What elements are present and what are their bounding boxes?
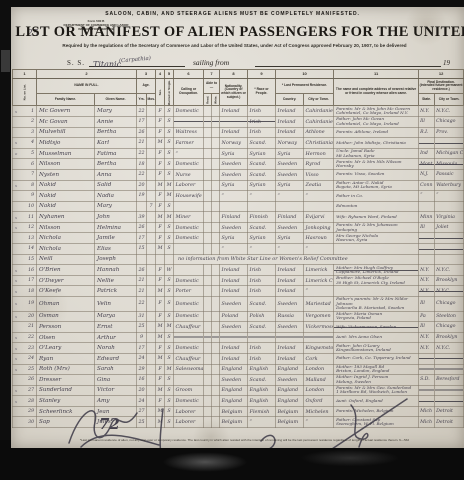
cell-relative: Father: John Mc Govan Cahirdaniel, Co Ma… [334,116,419,127]
cell-mos [147,353,156,364]
cell-dcity: Chicago [435,322,464,333]
cell-ms: S [165,116,174,127]
cell-nat: England [220,396,248,407]
cell-mos [147,159,156,170]
cell-relative: Parents: Visso, Sweden [334,169,419,180]
cell-family: Neill [37,254,95,265]
cell-read [204,159,212,170]
table-row: x19OhmanVelin22FSDomesticSwedenScand.Swe… [13,297,464,312]
cell-dcity [435,138,464,149]
cell-nat: Sweden [220,169,248,180]
cell-dstate: ” [419,191,435,202]
cell-ms: S [165,385,174,396]
cell-dcity [435,364,464,375]
col-header-calling: Calling or Occupation. [174,79,204,106]
cell-sex: F [156,159,165,170]
cell-relative: Parents: Athlone, Ireland [334,127,419,138]
cell-write [212,233,220,244]
table-row: 10NakidMary7FSEdmonton [13,201,464,212]
cell-rescity: Michelen [304,406,334,417]
cell-race: Scand. [248,375,276,386]
cell-family: Nakid [37,180,95,191]
cell-race: Irish [248,286,276,297]
table-row: x20OsmanMarya31FSDomesticPolandPolishRus… [13,311,464,322]
cell-race: English [248,396,276,407]
cell-no: 14 [13,244,37,255]
cell-sex: F [156,116,165,127]
cell-rescity: Mariestad [304,297,334,312]
cell-dcity: Waterbury [435,180,464,191]
cell-relative: Father: John O'Leary Kingwilliamstown, I… [334,343,419,354]
cell-given: Velin [95,297,137,312]
cell-calling: Groom [174,385,204,396]
col-num-5: 5 [165,70,174,79]
cell-dstate [419,385,435,396]
cell-read [204,222,212,233]
cell-rescity: Zeatia [304,180,334,191]
table-row: 30SapJules25MSLaborerBelgium”Belgium”Fat… [13,417,464,428]
cell-race: English [248,385,276,396]
cell-read [204,191,212,202]
cell-nat: England [220,385,248,396]
cell-mos [147,191,156,202]
cell-given: Sarah [95,364,137,375]
cell-sex: M [156,332,165,343]
cell-resc: Ireland [276,116,304,127]
cell-mos [147,169,156,180]
cell-rescity: Hermon [304,148,334,159]
cell-race: Scand. [248,169,276,180]
cell-yrs: 26 [137,265,147,276]
cell-nat [220,332,248,343]
cell-resc: Ireland [276,353,304,364]
cell-family: Nilsson [37,222,95,233]
cell-race: Scand. [248,222,276,233]
cell-sex: M [156,212,165,223]
cell-mos [147,385,156,396]
cell-relative: Mother: Maria Osman Vergovia, Poland [334,311,419,322]
cell-no: x28 [13,396,37,407]
table-row: 9NakidNadia19FMHousewife””””Father in Co… [13,191,464,202]
cell-nat: Syria [220,148,248,159]
cell-rescity: London [304,385,334,396]
cell-sex [156,254,165,265]
cell-resc: Sweden [276,322,304,333]
table-row: x25Roth (Mrs)Sarah29FMSaleswomanEnglandE… [13,364,464,375]
cell-relative: Mother: 183 Mayall Rd Brixton, London, E… [334,364,419,375]
cell-calling: Miner [174,212,204,223]
col-header-yrs: Yrs. [137,94,147,106]
cell-dstate: Ill [419,322,435,333]
cell-write [212,375,220,386]
cell-ms: S [165,159,174,170]
cell-mos [147,138,156,149]
cell-family: Midtsjo [37,138,95,149]
cell-mos [147,332,156,343]
cell-relative: Parents: Michelen, Belgium [334,406,419,417]
table-row: 3MulvehillBertha26FSWaitressIrelandIrish… [13,127,464,138]
cell-dstate: N.Y. [419,332,435,343]
col-num-7: 7 [204,70,220,79]
cell-nat [220,201,248,212]
cell-calling: Domestic [174,222,204,233]
cell-rescity: Vergomen [304,311,334,322]
cell-write [212,212,220,223]
cell-yrs: 39 [137,212,147,223]
cell-rescity: Oxford [304,396,334,407]
cell-calling: Farmer [174,138,204,149]
cell-resc: Syria [276,180,304,191]
cell-note: no information from White Star Line or W… [174,254,419,265]
col-header-given: Given Name. [95,94,137,106]
cell-sex: F [156,364,165,375]
cell-rescity: London [304,364,334,375]
cell-read [204,311,212,322]
cell-sex: M [156,244,165,255]
cell-given: Norah [95,343,137,354]
cell-rescity: ” [304,191,334,202]
cell-dstate: Ill [419,222,435,233]
cell-dstate: N.Y. [419,265,435,276]
table-row: x24RyanEdward24MSChauffeurIrelandIrishIr… [13,353,464,364]
cell-write [212,244,220,255]
cell-read [204,169,212,180]
cell-family: Mc Govan [37,116,95,127]
cell-dcity [435,233,464,244]
col-header-race: * Race or People. [248,79,276,106]
cell-no: x8 [13,180,37,191]
cell-dstate: Mont [419,159,435,170]
cell-race: Scand. [248,297,276,312]
cell-no: 2 [13,116,37,127]
cell-family: Nilsson [37,159,95,170]
cell-read [204,364,212,375]
cell-dstate: N.J. [419,169,435,180]
cell-race: Polish [248,311,276,322]
cell-calling: Chauffeur [174,353,204,364]
cell-given: Mary [95,201,137,212]
cell-read [204,286,212,297]
cell-mos [147,364,156,375]
cell-no: 3 [13,127,37,138]
cell-dstate: Ill [419,116,435,127]
cell-race: English [248,364,276,375]
cell-read [204,322,212,333]
cell-dcity: N.Y.C. [435,265,464,276]
cell-race [248,201,276,212]
cell-sex: F [156,375,165,386]
cell-dcity: Passaic [435,169,464,180]
cell-rescity: Evijarvi [304,212,334,223]
cell-write [212,116,220,127]
cell-dstate: Ill [419,297,435,312]
cell-read [204,148,212,159]
col-header-dest-state: State. [419,94,435,106]
cell-write [212,148,220,159]
table-row: x11NyhanenJohn39MMMinerFinlandFinnishFin… [13,212,464,223]
cell-rescity: Jonkoping [304,222,334,233]
cell-ms: S [165,106,174,117]
cell-dcity: Chicago [435,297,464,312]
cell-yrs: 17 [137,233,147,244]
table-row: x12NilssonHelmina26FSDomesticSwedenScand… [13,222,464,233]
cell-race: Syrian [248,233,276,244]
cell-dstate: N.Y. [419,275,435,286]
cell-rescity: Christiania [304,138,334,149]
cell-mos [147,180,156,191]
cell-rescity: ” [304,286,334,297]
cell-sex: M [156,286,165,297]
cell-race: ” [248,244,276,255]
cell-calling [174,265,204,276]
page-subtitle: Required by the regulations of the Secre… [11,43,458,48]
table-body: x1Mc GovernMary22FSDomesticIrelandIrishI… [13,106,464,428]
cell-mos [147,233,156,244]
cell-sex: F [156,106,165,117]
cell-dstate [419,233,435,244]
cell-family: Nyhanen [37,212,95,223]
cell-rescity: Limerick [304,265,334,276]
footnote: *Last permanent residence of alien, not … [39,438,450,442]
cell-calling: Domestic [174,275,204,286]
cell-mos [147,297,156,312]
cell-sex: F [156,127,165,138]
cell-relative [334,286,419,297]
col-header-no: No. on List. [13,79,37,106]
cell-nat: Sweden [220,222,248,233]
cell-race: Irish [248,116,276,127]
cell-mos [147,254,156,265]
cell-dstate [419,201,435,212]
cell-ms: S [165,169,174,180]
cell-race: Flemish [248,406,276,417]
cell-relative [334,244,419,255]
cell-given: Mary [95,106,137,117]
cell-no: 10 [13,201,37,212]
cell-sex: F [156,148,165,159]
cell-relative: Father: Constant Sap Sweveghem, W. Fl. B… [334,417,419,428]
cell-yrs: 16 [137,375,147,386]
cell-nat: Norway [220,138,248,149]
cell-dcity: N.Y.C. [435,343,464,354]
cell-resc: Ireland [276,343,304,354]
cell-family: Dresser [37,375,95,386]
cell-dcity: Detroit [435,417,464,428]
cell-mos [147,311,156,322]
cell-family: O'Dwyer [37,275,95,286]
table-row: o5MusselmanFatima22FS”SyriaSyrianSyriaHe… [13,148,464,159]
cell-family: Sunderland [37,385,95,396]
cell-sex: M [156,322,165,333]
cell-race: Scand. [248,159,276,170]
cell-resc: England [276,385,304,396]
cell-read [204,343,212,354]
cell-no: 6 [13,159,37,170]
cell-family: Ryan [37,353,95,364]
cell-ms: S [165,353,174,364]
cell-rescity [304,201,334,212]
table-row: x27SunderlandVictor20MSGroomEnglandEngli… [13,385,464,396]
cell-family: Roth (Mrs) [37,364,95,375]
cell-no: 9 [13,191,37,202]
cell-read [204,180,212,191]
col-header-nationality: Nationality. (Country of which citizen o… [220,79,248,106]
cell-rescity: ” [304,244,334,255]
cell-write [212,265,220,276]
cell-calling: Laborer [174,180,204,191]
cell-family: Mulvehill [37,127,95,138]
cell-read [204,201,212,212]
cell-race: ” [248,191,276,202]
cell-nat: Sweden [220,159,248,170]
cell-mos [147,127,156,138]
cell-ms: S [165,275,174,286]
cell-calling: Housewife [174,191,204,202]
cell-mos [147,148,156,159]
table-row: 26DresserGina16FSSwedenScand.SwedenMalla… [13,375,464,386]
cell-yrs: 21 [137,286,147,297]
cell-mos [147,322,156,333]
cell-given: Marya [95,311,137,322]
cell-family: Nichola [37,233,95,244]
cell-nat: Syria [220,233,248,244]
cell-mos [147,265,156,276]
cell-no: x19 [13,297,37,312]
cell-dstate: N.Y. [419,286,435,297]
cell-nat: England [220,364,248,375]
cell-given: Joseph [95,254,137,265]
cell-dstate: N.Y. [419,343,435,354]
cell-family: Mc Govern [37,106,95,117]
cell-mos [147,222,156,233]
col-num-8: 8 [220,70,248,79]
col-header-name: NAME IN FULL. [37,79,137,94]
cell-no: x25 [13,364,37,375]
cell-sex: F [156,233,165,244]
cell-yrs [137,201,147,212]
cell-resc: Sweden [276,159,304,170]
cell-mos [147,275,156,286]
cell-ms: M [165,191,174,202]
cell-given: Jamile [95,233,137,244]
col-num-2: 2 [37,70,137,79]
cell-calling: Domestic [174,159,204,170]
cell-given: Patrick [95,286,137,297]
cell-write [212,343,220,354]
cell-resc: Sweden [276,222,304,233]
cell-ms: S [165,332,174,343]
cell-rescity: Athlone [304,127,334,138]
cell-relative: Uncle: Jamal Rade Mt Lebanon, Syria [334,148,419,159]
cell-no: x4 [13,138,37,149]
cell-relative: Brother: Michael O'Boyle 30 High St, Lim… [334,275,419,286]
cell-dcity [435,201,464,212]
cell-relative: Mother: John Midtsjo, Christiania [334,138,419,149]
col-header-residence: * Last Permanent Residence. [276,79,334,94]
cell-relative: Mother: Ingrid J. Persson Malung, Sweden [334,375,419,386]
cell-calling [174,375,204,386]
cell-read [204,297,212,312]
col-header-destination: Final Destination. (Intended future perm… [419,79,464,94]
cell-dcity [435,385,464,396]
cell-relative: Mrs George Nichola Hasroun, Syria [334,233,419,244]
cell-calling: Porter [174,286,204,297]
cell-sex: M [156,353,165,364]
cell-ms: W [165,265,174,276]
cell-read [204,332,212,343]
ss-label: S. S. [67,59,85,67]
cell-relative: Edmonton [334,201,419,212]
cell-ms: M [165,212,174,223]
cell-dstate: Ind [419,148,435,159]
table-row: 29ScheerlinckJean27MSLaborerBelgiumFlemi… [13,406,464,417]
handwritten-ship-annotation: (Carpathia) [119,56,151,65]
cell-read [204,244,212,255]
cell-family: Osman [37,311,95,322]
cell-nat: Ireland [220,353,248,364]
cell-sex: M [156,417,165,428]
cell-calling [174,201,204,212]
sailing-from-label: sailing from [193,58,229,67]
cell-ms: S [165,127,174,138]
cell-yrs: 19 [137,191,147,202]
cell-mos [147,343,156,354]
cell-race: Syrian [248,148,276,159]
cell-nat: ” [220,191,248,202]
cell-yrs: 25 [137,322,147,333]
cell-calling: Domestic [174,297,204,312]
table-row: 7NystenAnna22FSNurseSwedenScand.SwedenVi… [13,169,464,180]
cell-no: 13 [13,233,37,244]
cell-resc: Sweden [276,297,304,312]
cell-relative: Father's parents: Mr & Mrs Nildor Johnso… [334,297,419,312]
cell-ms: M [165,364,174,375]
cell-dstate: Mich [419,417,435,428]
cell-yrs: 31 [137,311,147,322]
cell-dcity [435,244,464,255]
cell-write [212,222,220,233]
cell-sex: M [156,406,165,417]
cell-nat: Poland [220,311,248,322]
cell-yrs: 25 [137,417,147,428]
cell-given: Victor [95,385,137,396]
cell-dstate: S.D. [419,375,435,386]
cell-race [248,332,276,343]
cell-yrs: 29 [137,364,147,375]
cell-yrs: 9 [137,332,147,343]
cell-rescity: ” [304,417,334,428]
cell-no: x27 [13,385,37,396]
cell-dcity [435,353,464,364]
cell-race: Irish [248,275,276,286]
cell-race: Irish [248,265,276,276]
cell-read [204,212,212,223]
cell-calling: Waitress [174,127,204,138]
cell-race: Irish [248,127,276,138]
cell-yrs: 27 [137,406,147,417]
cell-resc: ” [276,244,304,255]
cell-no: x12 [13,222,37,233]
cell-write [212,138,220,149]
cell-no: x20 [13,311,37,322]
table-row: 2Mc GovanAnnie17FSIrishIrelandCahirdanie… [13,116,464,127]
cell-read [204,265,212,276]
col-num-10: 10 [276,70,334,79]
table-row: x1Mc GovernMary22FSDomesticIrelandIrishI… [13,106,464,117]
cell-dcity: N.Y.C. [435,286,464,297]
cell-resc: Belgium [276,417,304,428]
cell-nat: Ireland [220,106,248,117]
